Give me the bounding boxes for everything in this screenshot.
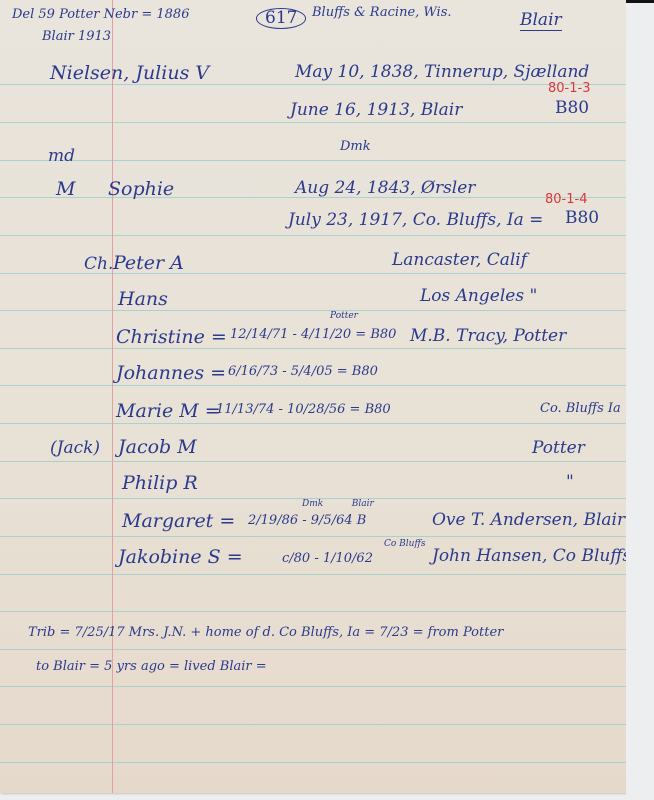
footer-note-line1: Trib = 7/25/17 Mrs. J.N. + home of d. Co… [28, 626, 503, 639]
child-name: Christine = [116, 328, 227, 347]
child-spouse-place: Co. Bluffs Ia [540, 402, 621, 415]
child-name: Jakobine S = [118, 548, 243, 567]
head-record-code: 80-1-3 [548, 82, 590, 95]
circled-record-number: 617 [256, 8, 306, 29]
child-name: Margaret = [122, 512, 235, 531]
child-spouse-place: John Hansen, Co Bluffs [432, 548, 626, 565]
rule-line [0, 611, 626, 612]
child-name: Philip R [122, 474, 198, 493]
child-dates: 11/13/74 - 10/28/56 = B80 [216, 403, 391, 416]
scan-edge [626, 0, 654, 3]
spouse-name: Sophie [108, 180, 174, 199]
child-spouse-place: Lancaster, Calif [392, 252, 527, 269]
spouse-cemetery-code: B80 [565, 210, 599, 227]
children-label: Ch. [84, 256, 113, 273]
ledger-page: Del 59 Potter Nebr = 1886 Blair 1913 617… [0, 0, 626, 793]
header-note-center: Bluffs & Racine, Wis. [312, 6, 452, 19]
married-label: md [48, 148, 75, 165]
child-dates: 12/14/71 - 4/11/20 = B80 [230, 328, 396, 341]
child-superscript: Dmk Blair [302, 500, 374, 509]
rule-line [0, 385, 626, 386]
rule-line [0, 461, 626, 462]
child-name: Peter A [113, 254, 184, 273]
child-spouse-place: Los Angeles " [420, 288, 537, 305]
rule-line [0, 574, 626, 575]
child-name: Johannes = [116, 364, 226, 383]
header-place: Blair [520, 12, 562, 31]
child-dates: 6/16/73 - 5/4/05 = B80 [228, 365, 378, 378]
rule-line [0, 235, 626, 236]
child-superscript: Potter [330, 312, 358, 321]
child-spouse-place: Potter [532, 440, 585, 457]
header-note-line2: Blair 1913 [42, 30, 111, 43]
child-dates: 2/19/86 - 9/5/64 B [248, 514, 366, 527]
child-spouse-place: Ove T. Andersen, Blair [432, 512, 625, 529]
rule-line [0, 649, 626, 650]
spouse-record-code: 80-1-4 [545, 193, 587, 206]
country-note: Dmk [340, 140, 371, 153]
rule-line [0, 686, 626, 687]
header-note-line1: Del 59 Potter Nebr = 1886 [12, 8, 189, 21]
child-dates: c/80 - 1/10/62 [282, 552, 373, 565]
child-spouse-place: M.B. Tracy, Potter [410, 328, 566, 345]
child-name: Jacob M [118, 438, 197, 457]
head-cemetery-code: B80 [555, 100, 589, 117]
head-name: Nielsen, Julius V [50, 64, 209, 83]
rule-line [0, 84, 626, 85]
child-nickname: (Jack) [50, 440, 100, 457]
rule-line [0, 762, 626, 763]
rule-line [0, 348, 626, 349]
rule-line [0, 160, 626, 161]
footer-note-line2: to Blair = 5 yrs ago = lived Blair = [36, 660, 267, 673]
head-death: June 16, 1913, Blair [290, 102, 462, 119]
margin-line [112, 0, 113, 793]
scan-background [626, 0, 654, 800]
rule-line [0, 423, 626, 424]
spouse-prefix: M [56, 180, 75, 199]
child-name: Hans [118, 290, 168, 309]
spouse-death: July 23, 1917, Co. Bluffs, Ia = [288, 212, 543, 229]
rule-line [0, 724, 626, 725]
head-birth: May 10, 1838, Tinnerup, Sjælland [295, 64, 589, 81]
rule-line [0, 122, 626, 123]
spouse-birth: Aug 24, 1843, Ørsler [295, 180, 475, 197]
child-name: Marie M = [116, 402, 221, 421]
child-spouse-place: " [566, 474, 574, 491]
rule-line [0, 310, 626, 311]
rule-line [0, 536, 626, 537]
child-superscript: Co Bluffs [384, 540, 425, 549]
